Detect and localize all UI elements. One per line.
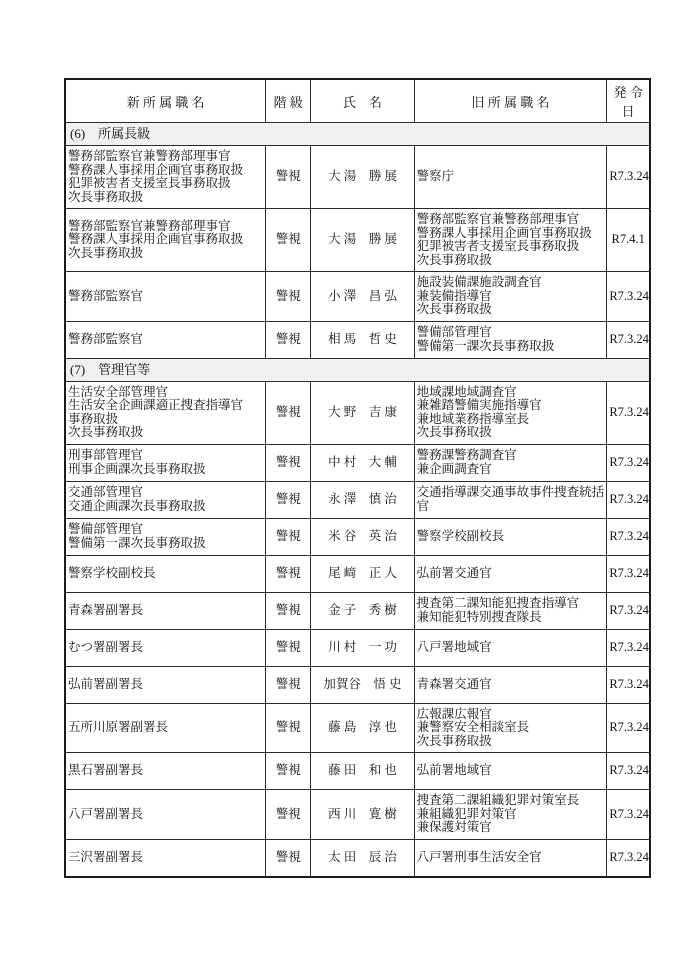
rank-cell: 警視 [266,481,311,518]
name-cell: 大 湯 勝 展 [311,146,414,209]
rank-cell: 警視 [266,839,311,877]
name-cell: 金 子 秀 樹 [311,592,414,629]
rank-cell: 警視 [266,444,311,481]
rank-cell: 警視 [266,629,311,666]
rank-cell: 警視 [266,703,311,753]
rank-cell: 警視 [266,753,311,790]
new-position-cell: 八戸署副署長 [65,790,266,840]
old-position-cell: 地域課地域調査官 兼雑踏警備実施指導官 兼地域業務指導室長 次長事務取扱 [414,381,607,444]
name-cell: 永 澤 慎 治 [311,481,414,518]
date-cell: R7.3.24 [607,555,650,592]
section-header-row: (7) 管理官等 [65,358,650,381]
rank-cell: 警視 [266,381,311,444]
table-row: 黒石署副署長警視藤 田 和 也弘前署地域官R7.3.24 [65,753,650,790]
name-cell: 太 田 辰 治 [311,839,414,877]
date-cell: R7.3.24 [607,753,650,790]
new-position-cell: 生活安全部管理官 生活安全企画課適正捜査指導官 事務取扱 次長事務取扱 [65,381,266,444]
new-position-cell: 刑事部管理官 刑事企画課次長事務取扱 [65,444,266,481]
table-row: 警察学校副校長警視尾 﨑 正 人弘前署交通官R7.3.24 [65,555,650,592]
old-position-cell: 八戸署刑事生活安全官 [414,839,607,877]
table-row: 弘前署副署長警視加賀谷 悟 史青森署交通官R7.3.24 [65,666,650,703]
new-position-cell: 交通部管理官 交通企画課次長事務取扱 [65,481,266,518]
name-cell: 藤 田 和 也 [311,753,414,790]
date-cell: R7.3.24 [607,146,650,209]
table-row: 生活安全部管理官 生活安全企画課適正捜査指導官 事務取扱 次長事務取扱警視大 野… [65,381,650,444]
table-row: 五所川原署副署長警視藤 島 淳 也広報課広報官 兼警察安全相談室長 次長事務取扱… [65,703,650,753]
new-position-cell: 五所川原署副署長 [65,703,266,753]
table-row: 警務部監察官兼警務部理事官 警務課人事採用企画官事務取扱 次長事務取扱警視大 湯… [65,209,650,272]
table-row: 警務部監察官警視小 澤 昌 弘施設装備課施設調査官 兼装備指導官 次長事務取扱R… [65,272,650,322]
rank-cell: 警視 [266,555,311,592]
old-position-cell: 捜査第二課組織犯罪対策室長 兼組織犯罪対策官 兼保護対策官 [414,790,607,840]
date-cell: R7.3.24 [607,518,650,555]
old-position-cell: 八戸署地域官 [414,629,607,666]
new-position-cell: 三沢署副署長 [65,839,266,877]
date-cell: R7.3.24 [607,381,650,444]
table-row: 三沢署副署長警視太 田 辰 治八戸署刑事生活安全官R7.3.24 [65,839,650,877]
table-row: 交通部管理官 交通企画課次長事務取扱警視永 澤 慎 治交通指導課交通事故事件捜査… [65,481,650,518]
old-position-cell: 弘前署地域官 [414,753,607,790]
name-cell: 米 谷 英 治 [311,518,414,555]
new-position-cell: 警務部監察官 [65,272,266,322]
rank-cell: 警視 [266,146,311,209]
rank-cell: 警視 [266,518,311,555]
new-position-cell: 黒石署副署長 [65,753,266,790]
rank-cell: 警視 [266,592,311,629]
table-row: 警務部監察官警視相 馬 哲 史警備部管理官 警備第一課次長事務取扱R7.3.24 [65,321,650,358]
date-cell: R7.3.24 [607,321,650,358]
new-position-cell: 青森署副署長 [65,592,266,629]
name-cell: 大 湯 勝 展 [311,209,414,272]
personnel-table-container: 新 所 属 職 名 階 級 氏 名 旧 所 属 職 名 発 令 日 (6) 所属… [64,78,651,878]
header-row: 新 所 属 職 名 階 級 氏 名 旧 所 属 職 名 発 令 日 [65,79,650,123]
column-header-rank: 階 級 [266,79,311,123]
old-position-cell: 警察庁 [414,146,607,209]
name-cell: 加賀谷 悟 史 [311,666,414,703]
date-cell: R7.3.24 [607,444,650,481]
new-position-cell: 警務部監察官兼警務部理事官 警務課人事採用企画官事務取扱 犯罪被害者支援室長事務… [65,146,266,209]
column-header-old-position: 旧 所 属 職 名 [414,79,607,123]
column-header-new-position: 新 所 属 職 名 [65,79,266,123]
old-position-cell: 警務課警務調査官 兼企画調査官 [414,444,607,481]
date-cell: R7.3.24 [607,592,650,629]
date-cell: R7.3.24 [607,839,650,877]
rank-cell: 警視 [266,272,311,322]
new-position-cell: むつ署副署長 [65,629,266,666]
old-position-cell: 捜査第二課知能犯捜査指導官 兼知能犯特別捜査隊長 [414,592,607,629]
column-header-date: 発 令 日 [607,79,650,123]
name-cell: 西 川 寛 樹 [311,790,414,840]
date-cell: R7.3.24 [607,481,650,518]
table-row: 警備部管理官 警備第一課次長事務取扱警視米 谷 英 治警察学校副校長R7.3.2… [65,518,650,555]
section-header-row: (6) 所属長級 [65,123,650,146]
new-position-cell: 警備部管理官 警備第一課次長事務取扱 [65,518,266,555]
new-position-cell: 警務部監察官兼警務部理事官 警務課人事採用企画官事務取扱 次長事務取扱 [65,209,266,272]
name-cell: 川 村 一 功 [311,629,414,666]
column-header-name: 氏 名 [311,79,414,123]
rank-cell: 警視 [266,666,311,703]
table-row: 青森署副署長警視金 子 秀 樹捜査第二課知能犯捜査指導官 兼知能犯特別捜査隊長R… [65,592,650,629]
rank-cell: 警視 [266,209,311,272]
date-cell: R7.3.24 [607,666,650,703]
name-cell: 大 野 吉 康 [311,381,414,444]
document-page: 新 所 属 職 名 階 級 氏 名 旧 所 属 職 名 発 令 日 (6) 所属… [0,0,680,961]
old-position-cell: 警備部管理官 警備第一課次長事務取扱 [414,321,607,358]
old-position-cell: 青森署交通官 [414,666,607,703]
date-cell: R7.4.1 [607,209,650,272]
table-row: 八戸署副署長警視西 川 寛 樹捜査第二課組織犯罪対策室長 兼組織犯罪対策官 兼保… [65,790,650,840]
table-header: 新 所 属 職 名 階 級 氏 名 旧 所 属 職 名 発 令 日 [65,79,650,123]
section-header-label: (7) 管理官等 [65,358,650,381]
personnel-transfer-table: 新 所 属 職 名 階 級 氏 名 旧 所 属 職 名 発 令 日 (6) 所属… [64,78,651,878]
new-position-cell: 警務部監察官 [65,321,266,358]
old-position-cell: 警務部監察官兼警務部理事官 警務課人事採用企画官事務取扱 犯罪被害者支援室長事務… [414,209,607,272]
old-position-cell: 交通指導課交通事故事件捜査統括官 [414,481,607,518]
table-row: 刑事部管理官 刑事企画課次長事務取扱警視中 村 大 輔警務課警務調査官 兼企画調… [65,444,650,481]
date-cell: R7.3.24 [607,629,650,666]
table-body: (6) 所属長級警務部監察官兼警務部理事官 警務課人事採用企画官事務取扱 犯罪被… [65,123,650,877]
name-cell: 尾 﨑 正 人 [311,555,414,592]
date-cell: R7.3.24 [607,790,650,840]
name-cell: 相 馬 哲 史 [311,321,414,358]
table-row: むつ署副署長警視川 村 一 功八戸署地域官R7.3.24 [65,629,650,666]
old-position-cell: 警察学校副校長 [414,518,607,555]
name-cell: 藤 島 淳 也 [311,703,414,753]
old-position-cell: 広報課広報官 兼警察安全相談室長 次長事務取扱 [414,703,607,753]
old-position-cell: 弘前署交通官 [414,555,607,592]
name-cell: 小 澤 昌 弘 [311,272,414,322]
name-cell: 中 村 大 輔 [311,444,414,481]
rank-cell: 警視 [266,321,311,358]
new-position-cell: 弘前署副署長 [65,666,266,703]
date-cell: R7.3.24 [607,272,650,322]
date-cell: R7.3.24 [607,703,650,753]
rank-cell: 警視 [266,790,311,840]
section-header-label: (6) 所属長級 [65,123,650,146]
table-row: 警務部監察官兼警務部理事官 警務課人事採用企画官事務取扱 犯罪被害者支援室長事務… [65,146,650,209]
old-position-cell: 施設装備課施設調査官 兼装備指導官 次長事務取扱 [414,272,607,322]
new-position-cell: 警察学校副校長 [65,555,266,592]
